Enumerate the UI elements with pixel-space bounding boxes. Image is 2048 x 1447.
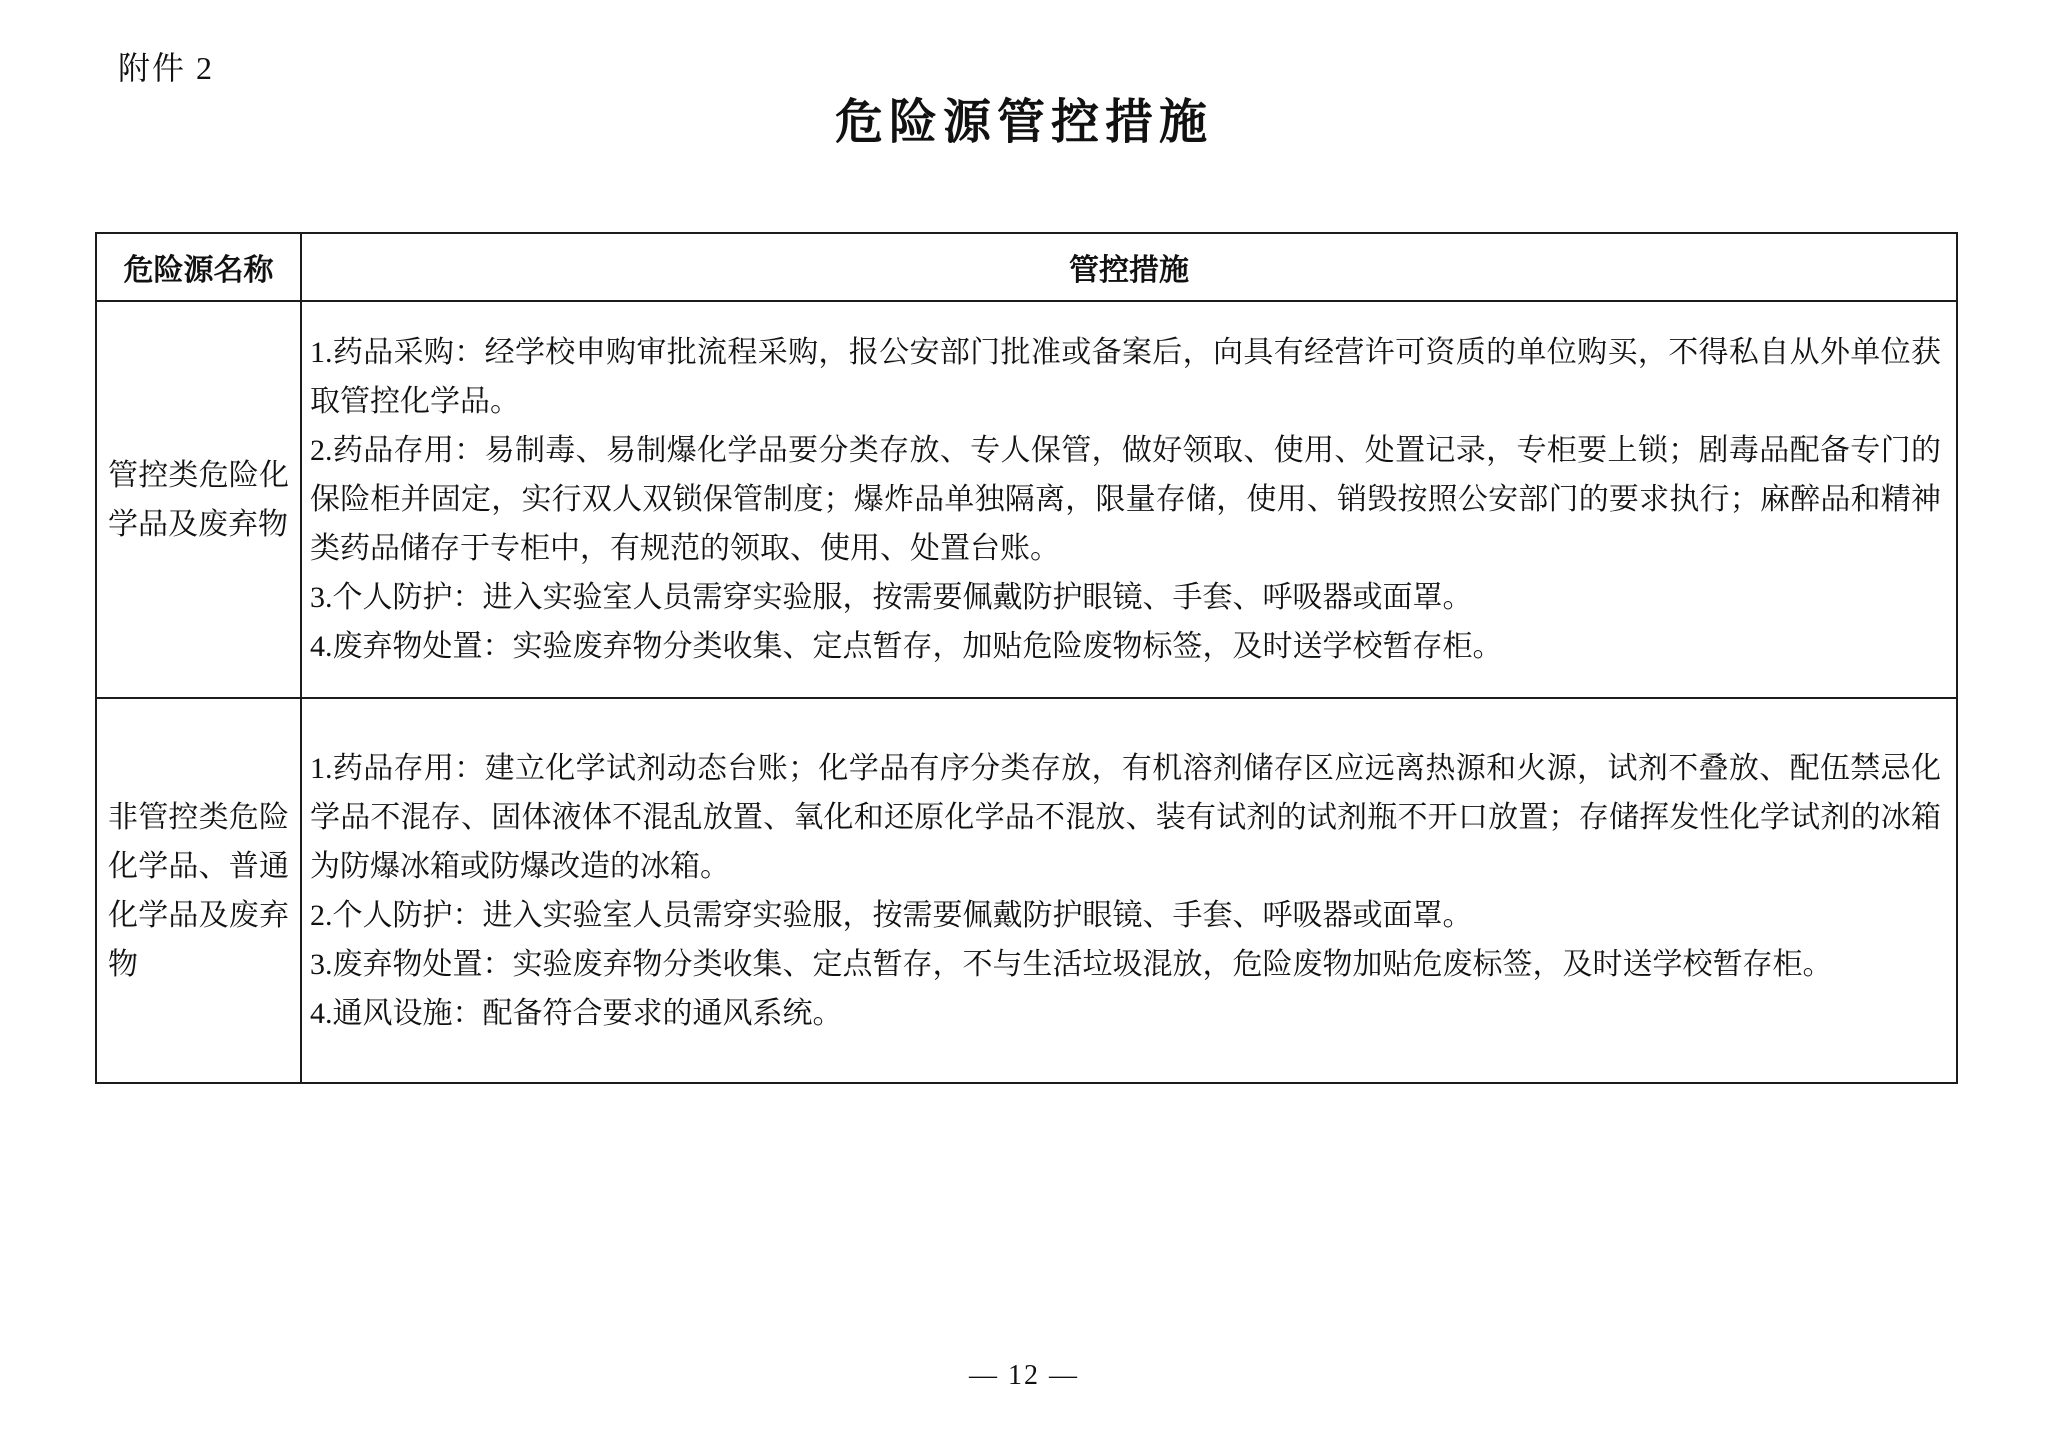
page-title: 危险源管控措施: [0, 92, 2048, 154]
measure-item: 1.药品存用：建立化学试剂动态台账；化学品有序分类存放，有机溶剂储存区应远离热源…: [310, 744, 1941, 891]
header-control-measures: 管控措施: [301, 233, 1957, 301]
hazard-name-cell: 管控类危险化学品及废弃物: [96, 301, 301, 698]
page-number: — 12 —: [0, 1360, 2048, 1392]
measure-item: 4.废弃物处置：实验废弃物分类收集、定点暂存，加贴危险废物标签，及时送学校暂存柜…: [310, 622, 1941, 671]
document-page: 附件 2 危险源管控措施 危险源名称 管控措施 管控类危险化学品及废弃物 1.药…: [0, 0, 2048, 1447]
measure-item: 3.个人防护：进入实验室人员需穿实验服，按需要佩戴防护眼镜、手套、呼吸器或面罩。: [310, 573, 1941, 622]
measure-item: 3.废弃物处置：实验废弃物分类收集、定点暂存，不与生活垃圾混放，危险废物加贴危废…: [310, 940, 1941, 989]
measure-item: 2.个人防护：进入实验室人员需穿实验服，按需要佩戴防护眼镜、手套、呼吸器或面罩。: [310, 891, 1941, 940]
control-measures-table: 危险源名称 管控措施 管控类危险化学品及废弃物 1.药品采购：经学校申购审批流程…: [95, 232, 1958, 1084]
attachment-label: 附件 2: [118, 46, 214, 90]
header-hazard-name: 危险源名称: [96, 233, 301, 301]
measures-cell: 1.药品存用：建立化学试剂动态台账；化学品有序分类存放，有机溶剂储存区应远离热源…: [301, 698, 1957, 1083]
measures-cell: 1.药品采购：经学校申购审批流程采购，报公安部门批准或备案后，向具有经营许可资质…: [301, 301, 1957, 698]
measure-item: 4.通风设施：配备符合要求的通风系统。: [310, 989, 1941, 1038]
measure-item: 2.药品存用：易制毒、易制爆化学品要分类存放、专人保管，做好领取、使用、处置记录…: [310, 426, 1941, 573]
hazard-name-cell: 非管控类危险化学品、普通化学品及废弃物: [96, 698, 301, 1083]
table-row-controlled-chemicals: 管控类危险化学品及废弃物 1.药品采购：经学校申购审批流程采购，报公安部门批准或…: [96, 301, 1957, 698]
table-header-row: 危险源名称 管控措施: [96, 233, 1957, 301]
table-row-noncontrolled-chemicals: 非管控类危险化学品、普通化学品及废弃物 1.药品存用：建立化学试剂动态台账；化学…: [96, 698, 1957, 1083]
measure-item: 1.药品采购：经学校申购审批流程采购，报公安部门批准或备案后，向具有经营许可资质…: [310, 328, 1941, 426]
